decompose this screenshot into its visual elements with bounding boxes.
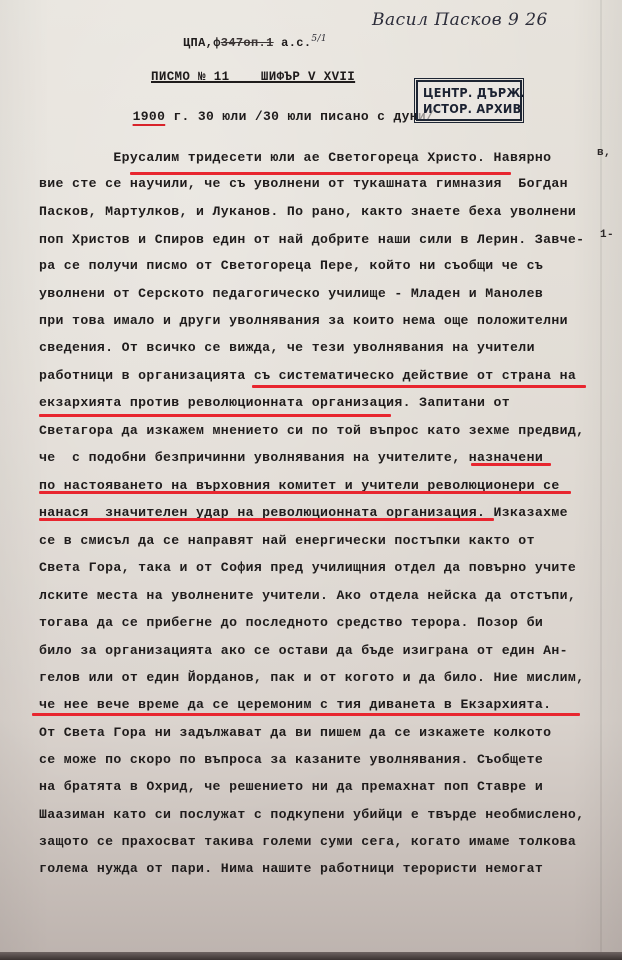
typed-line: От Света Гора ни задължават да ви пишем … (39, 725, 551, 740)
date-line: 1900 г. 30 юли /30 юли писано с дуни/ (100, 94, 434, 139)
date-rest: г. 30 юли /30 юли писано с дуни/ (165, 109, 434, 124)
stamp-line-2: ИСТОР. АРХИВ (423, 101, 516, 117)
highlight-underline (471, 463, 551, 466)
typed-line: работници в организацията съ систематиче… (39, 368, 576, 383)
typed-line: Шаазиман като си послужат с подкупени уб… (39, 807, 584, 822)
typed-line: гелов или от един Йорданов, пак и от ког… (39, 670, 584, 685)
typed-line: лските места на уволнените учители. Ако … (39, 588, 576, 603)
margin-mark: в, (597, 147, 611, 159)
archive-stamp: ЦЕНТР. ДЪРЖ. ИСТОР. АРХИВ (416, 80, 522, 121)
archive-reference-handwritten: 5/1 (311, 34, 327, 44)
paper-bottom-edge (0, 952, 622, 960)
archive-reference-struck: 347оп.1 (221, 36, 274, 50)
typed-line: Светагора да изкажем мнението си по той … (39, 423, 584, 438)
paper-fold-shadow (600, 0, 602, 960)
handwritten-note: Васил Пасков 9 26 (372, 10, 548, 30)
typed-line: Ерусалим тридесети юли ae Светогореца Хр… (39, 150, 551, 165)
typed-line: Света Гора, така и от София пред училищн… (39, 560, 576, 575)
highlight-underline (39, 414, 391, 417)
typed-line: екзархията против революционната организ… (39, 395, 510, 410)
typed-line: Пасков, Мартулков, и Луканов. По рано, к… (39, 204, 576, 219)
typed-line: ра се получи писмо от Светогореца Пере, … (39, 258, 543, 273)
stamp-line-1: ЦЕНТР. ДЪРЖ. (423, 85, 516, 101)
typed-line: че с подобни безпричинни уволнявания на … (39, 450, 543, 465)
typed-line: на братята в Охрид, че решението ни да п… (39, 779, 543, 794)
date-year: 1900 (133, 109, 166, 124)
highlight-underline (130, 172, 511, 175)
typed-line: при това имало и други уволнявания за ко… (39, 313, 568, 328)
scanned-document-page: Васил Пасков 9 26 ЦПА,ф347оп.1 а.с.5/1 П… (0, 0, 622, 960)
typed-line: било за организацията ако се остави да б… (39, 643, 568, 658)
typed-line: вие сте се научили, че съ уволнени от ту… (39, 176, 568, 191)
archive-reference-prefix: ЦПА,ф (183, 36, 221, 50)
typed-line: защото се прахосват такива големи суми с… (39, 834, 576, 849)
typed-line: сведения. От всичко се вижда, че тези ув… (39, 340, 535, 355)
highlight-underline (39, 491, 571, 494)
margin-mark: 1- (600, 229, 614, 241)
typed-line: уволнени от Серското педагогическо учили… (39, 286, 543, 301)
typed-line: поп Христов и Спиров един от най добрите… (39, 232, 584, 247)
archive-reference: ЦПА,ф347оп.1 а.с.5/1 (183, 34, 327, 50)
highlight-underline (39, 518, 494, 521)
highlight-underline (32, 713, 580, 716)
typed-line: че нее вече време да се церемоним с тия … (39, 697, 551, 712)
archive-reference-suffix: а.с. (274, 36, 312, 50)
typed-line: тогава да се прибегне до последното сред… (39, 615, 543, 630)
highlight-underline (252, 385, 586, 388)
typed-line: голема нужда от пари. Нима нашите работн… (39, 861, 543, 876)
typed-line: се в смисъл да се направят най енергичес… (39, 533, 535, 548)
letter-title: ПИСМО № 11 ШИФЪР V XVII (151, 70, 355, 84)
typed-line: се може по скоро по въпроса за казаните … (39, 752, 543, 767)
